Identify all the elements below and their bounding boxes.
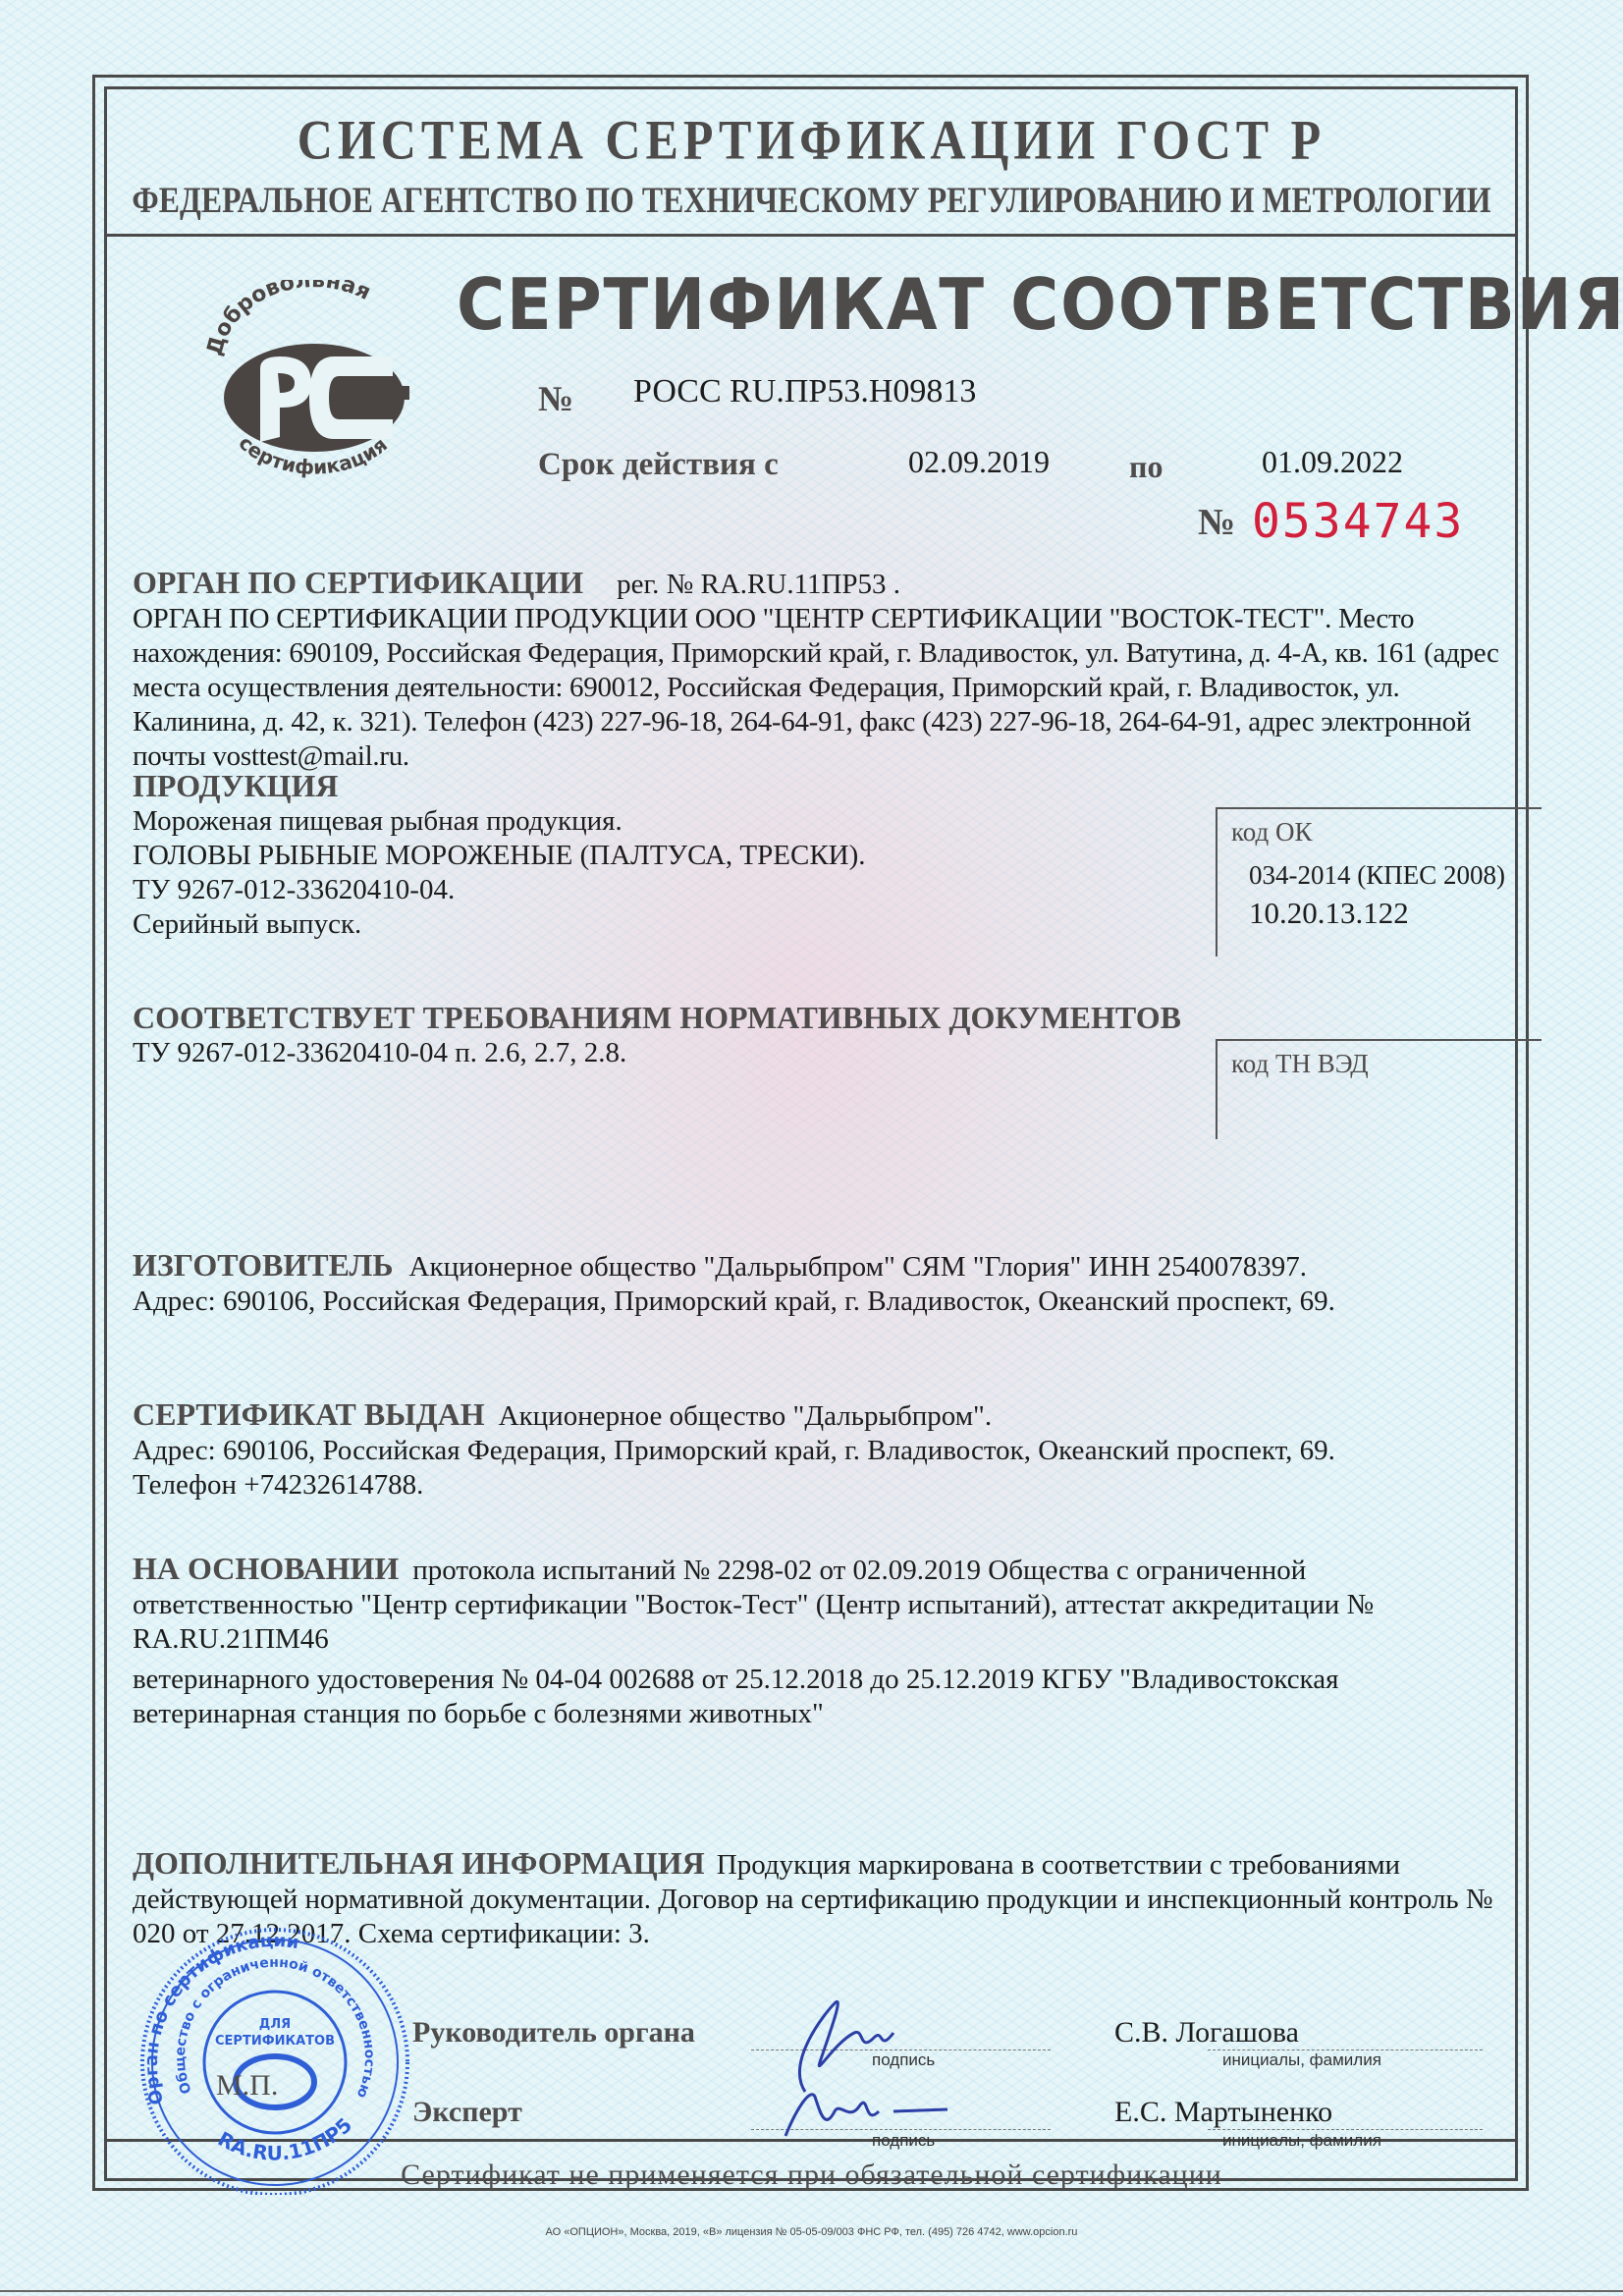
svg-text:ДЛЯ: ДЛЯ — [259, 2017, 291, 2032]
header-divider — [104, 234, 1518, 237]
certificate-number: РОСС RU.ПР53.Н09813 — [633, 373, 976, 410]
head-full-name: С.В. Логашова — [1114, 2016, 1299, 2050]
manufacturer-heading: ИЗГОТОВИТЕЛЬ — [133, 1247, 394, 1283]
ok-code-classifier: 034-2014 (КПЕС 2008) — [1249, 860, 1505, 891]
tn-ved-code-box: код ТН ВЭД — [1216, 1039, 1542, 1139]
organization-stamp: Орган по сертификации Общество с огранич… — [128, 1915, 422, 2195]
issued-to-address: Адрес: 690106, Российская Федерация, При… — [133, 1434, 1527, 1468]
expert-name-line — [1208, 2129, 1483, 2130]
product-line: Мороженая пищевая рыбная продукция. — [133, 804, 1193, 839]
issued-to-phone: Телефон +74232614788. — [133, 1468, 1527, 1503]
expert-handwritten-signature — [776, 2082, 952, 2141]
voluntary-certification-logo: Добровольная сертификация — [201, 280, 427, 481]
conformity-documents: ТУ 9267-012-33620410-04 п. 2.6, 2.7, 2.8… — [133, 1036, 1213, 1070]
agency-name: ФЕДЕРАЛЬНОЕ АГЕНТСТВО ПО ТЕХНИЧЕСКОМУ РЕ… — [114, 180, 1510, 222]
product-line: ТУ 9267-012-33620410-04. — [133, 873, 1193, 907]
conformity-section: СООТВЕТСТВУЕТ ТРЕБОВАНИЯМ НОРМАТИВНЫХ ДО… — [133, 1000, 1213, 1070]
ok-code-box: код ОК 034-2014 (КПЕС 2008) 10.20.13.122 — [1216, 807, 1542, 957]
manufacturer-address: Адрес: 690106, Российская Федерация, При… — [133, 1285, 1527, 1319]
conformity-heading: СООТВЕТСТВУЕТ ТРЕБОВАНИЯМ НОРМАТИВНЫХ ДО… — [133, 1000, 1213, 1036]
basis-veterinary-certificate: ветеринарного удостоверения № 04-04 0026… — [133, 1663, 1507, 1731]
issued-to-name: Акционерное общество "Дальрыбпром". — [499, 1400, 993, 1432]
head-of-body-label: Руководитель органа — [412, 2016, 695, 2050]
head-name-caption: инициалы, фамилия — [1222, 2050, 1381, 2070]
stamp-place-mark: М.П. — [216, 2069, 278, 2103]
scan-edge-line — [0, 2290, 1623, 2292]
expert-full-name: Е.С. Мартыненко — [1114, 2096, 1332, 2129]
ok-code-label: код ОК — [1231, 817, 1312, 847]
ok-code-value: 10.20.13.122 — [1249, 896, 1409, 931]
certification-body-heading: ОРГАН ПО СЕРТИФИКАЦИИ — [133, 565, 583, 600]
certification-body-reg-number: рег. № RA.RU.11ПР53 . — [617, 569, 900, 600]
certification-body-details: ОРГАН ПО СЕРТИФИКАЦИИ ПРОДУКЦИИ ООО "ЦЕН… — [133, 602, 1527, 774]
issued-to-heading: СЕРТИФИКАТ ВЫДАН — [133, 1396, 485, 1432]
manufacturer-section: ИЗГОТОВИТЕЛЬ Акционерное общество "Дальр… — [133, 1247, 1527, 1319]
certification-body-section: ОРГАН ПО СЕРТИФИКАЦИИ рег. № RA.RU.11ПР5… — [133, 565, 1527, 774]
issued-to-section: СЕРТИФИКАТ ВЫДАН Акционерное общество "Д… — [133, 1396, 1527, 1503]
printer-imprint: АО «ОПЦИОН», Москва, 2019, «В» лицензия … — [0, 2226, 1623, 2238]
voluntary-only-note: Сертификат не применяется при обязательн… — [0, 2159, 1623, 2192]
system-title: СИСТЕМА СЕРТИФИКАЦИИ ГОСТ Р — [0, 107, 1623, 173]
product-heading: ПРОДУКЦИЯ — [133, 768, 1193, 804]
valid-to-date: 01.09.2022 — [1262, 444, 1403, 480]
additional-info-heading: ДОПОЛНИТЕЛЬНАЯ ИНФОРМАЦИЯ — [133, 1845, 705, 1881]
rst-logo-icon: Добровольная сертификация — [201, 280, 427, 481]
validity-label: Срок действия с — [538, 447, 779, 483]
expert-label: Эксперт — [412, 2096, 522, 2129]
product-line: ГОЛОВЫ РЫБНЫЕ МОРОЖЕНЫЕ (ПАЛТУСА, ТРЕСКИ… — [133, 839, 1193, 873]
form-number-sign: № — [1198, 501, 1235, 544]
valid-from-date: 02.09.2019 — [908, 444, 1050, 480]
valid-to-label: по — [1129, 449, 1163, 485]
number-sign: № — [538, 378, 573, 419]
round-seal-icon: Орган по сертификации Общество с огранич… — [128, 1915, 422, 2195]
basis-heading: НА ОСНОВАНИИ — [133, 1551, 399, 1586]
certificate-title: СЕРТИФИКАТ СООТВЕТСТВИЯ — [457, 263, 1623, 346]
manufacturer-name: Акционерное общество "Дальрыбпром" СЯМ "… — [409, 1251, 1307, 1283]
product-section: ПРОДУКЦИЯ Мороженая пищевая рыбная проду… — [133, 768, 1193, 942]
tn-ved-code-label: код ТН ВЭД — [1231, 1049, 1369, 1079]
product-line: Серийный выпуск. — [133, 907, 1193, 942]
expert-name-caption: инициалы, фамилия — [1222, 2131, 1381, 2151]
basis-section: НА ОСНОВАНИИпротокола испытаний № 2298-0… — [133, 1552, 1507, 1731]
svg-text:СЕРТИФИКАТОВ: СЕРТИФИКАТОВ — [215, 2034, 335, 2049]
form-serial-number: 0534743 — [1252, 494, 1464, 549]
